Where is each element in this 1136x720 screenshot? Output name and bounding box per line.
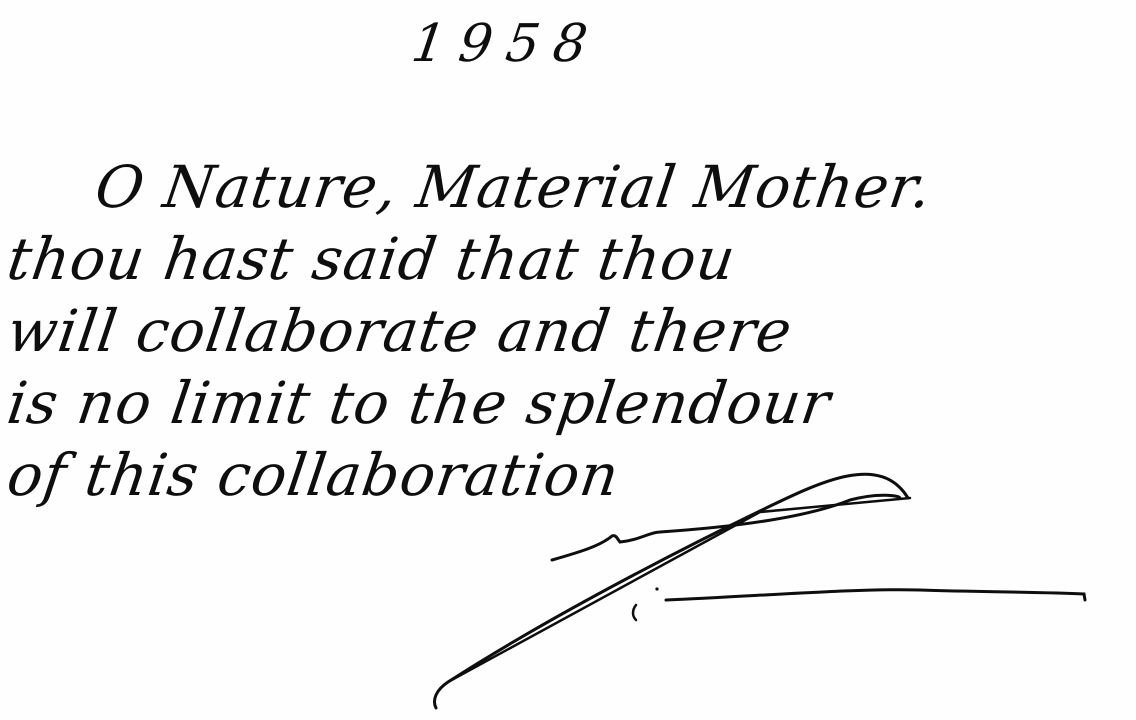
text-line-3: will collaborate and there	[4, 302, 796, 360]
text-line-5: of this collaboration	[4, 446, 623, 504]
text-line-4: is no limit to the splendour	[4, 374, 834, 432]
handwritten-note-page: 1958 O Nature, Material Mother. thou has…	[0, 0, 1136, 720]
text-line-1: O Nature, Material Mother.	[92, 158, 936, 216]
text-line-2: thou hast said that thou	[4, 230, 739, 288]
year-heading: 1958	[408, 14, 605, 74]
